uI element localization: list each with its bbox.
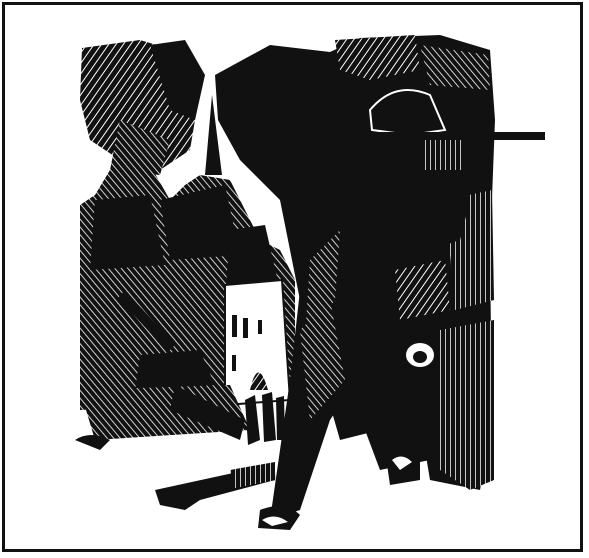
ground-shadow (155, 462, 276, 510)
smoke-clouds (80, 40, 205, 175)
woodcut-illustration (0, 0, 589, 558)
distant-figures (245, 392, 285, 445)
